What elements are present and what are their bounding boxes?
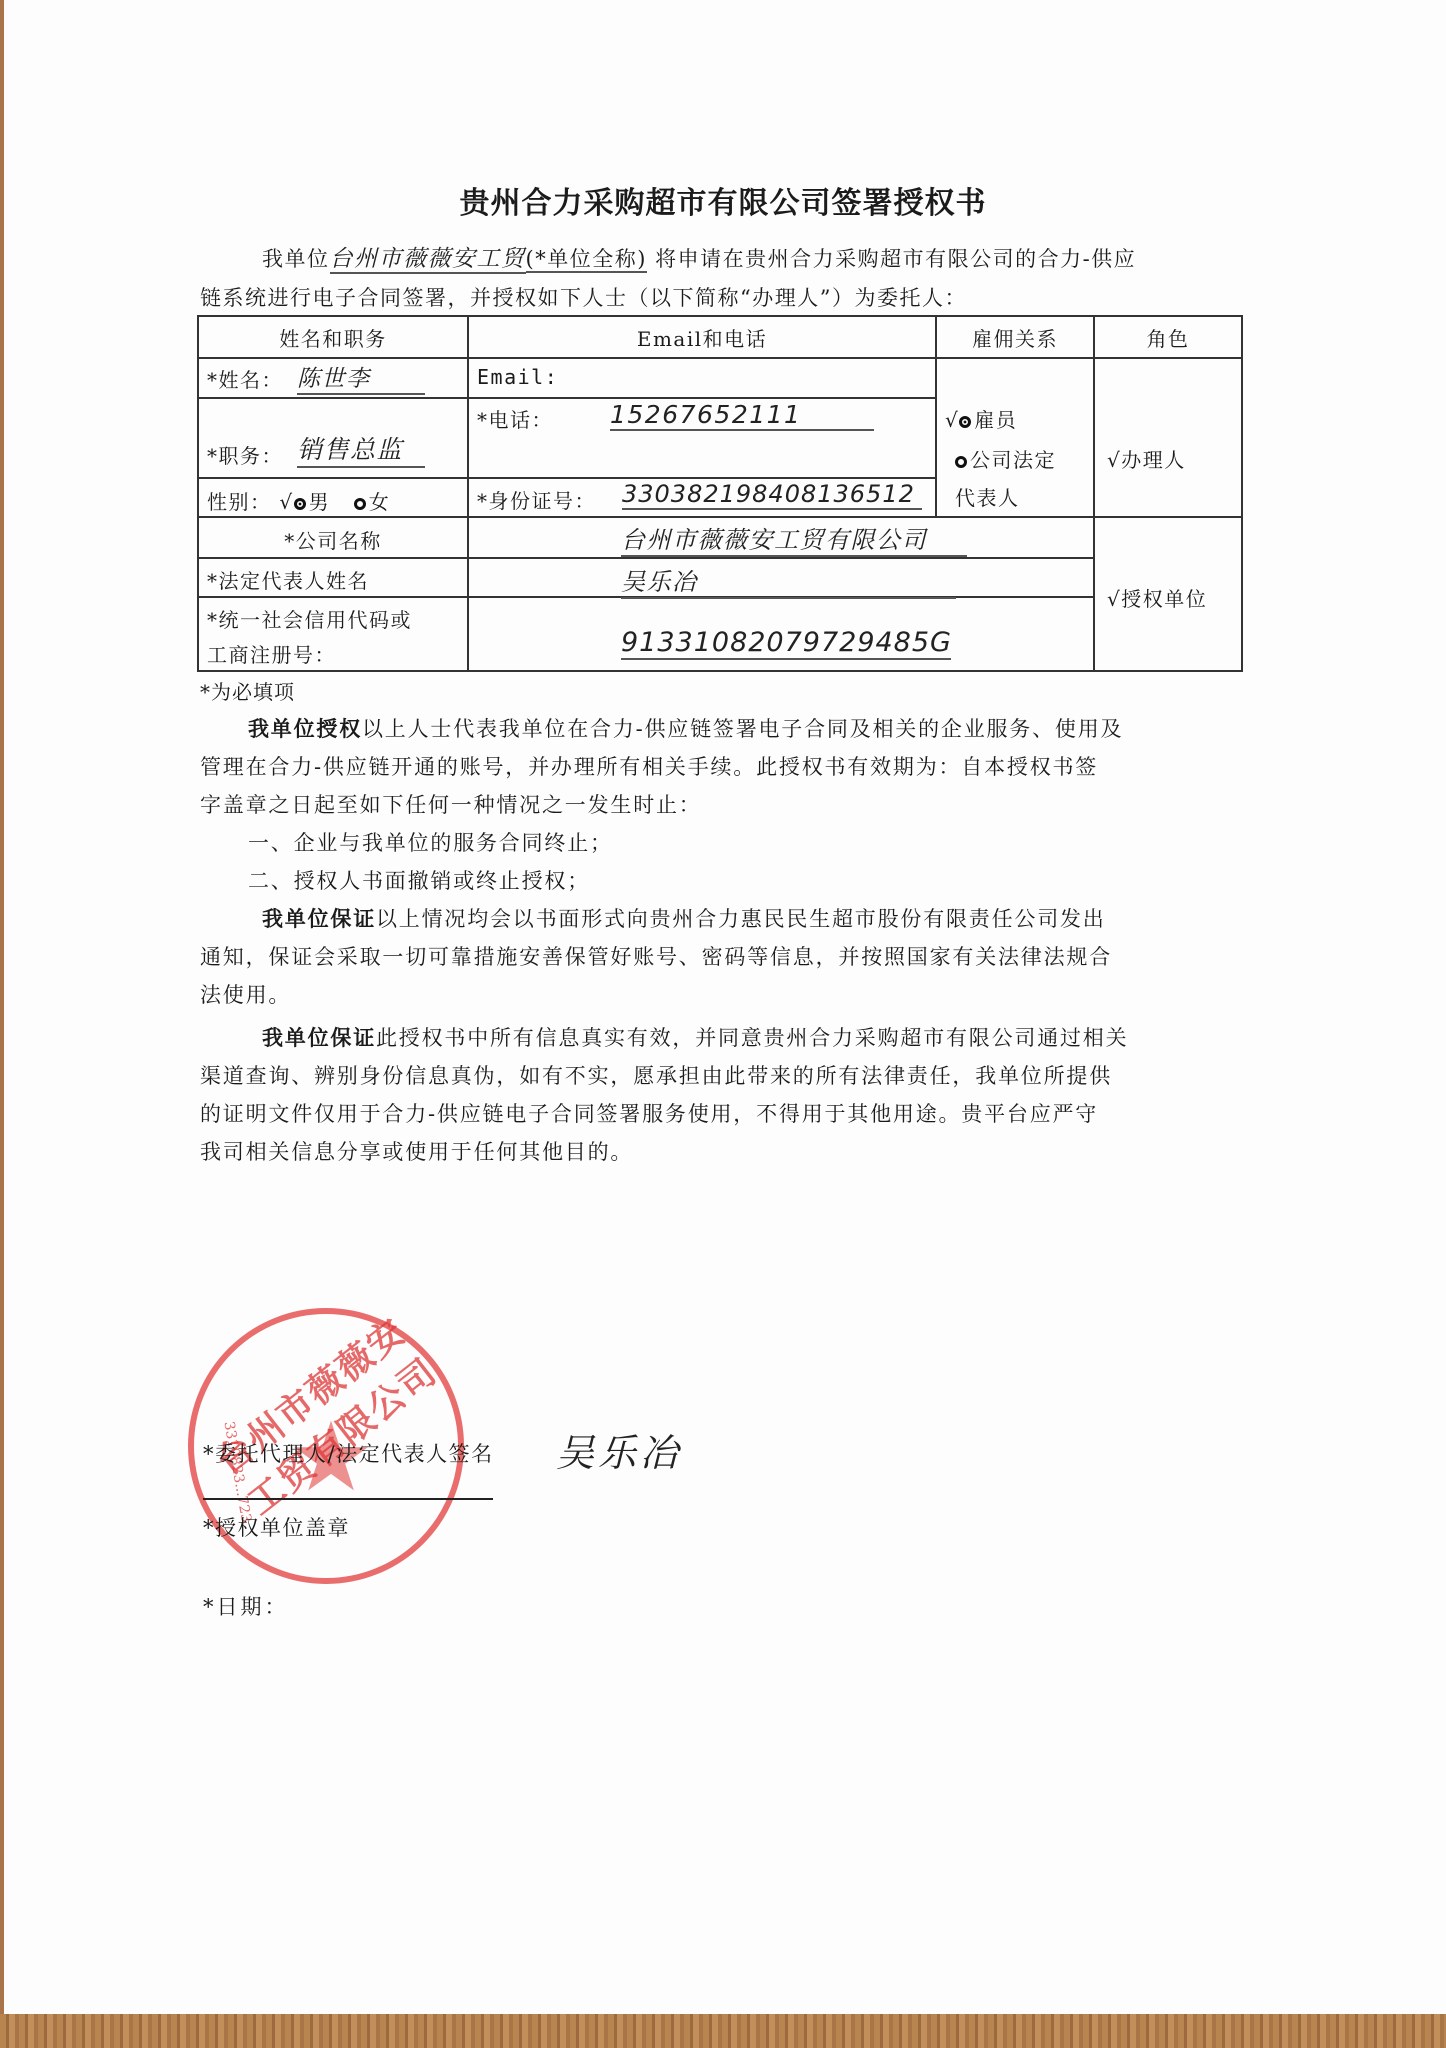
signer-signature[interactable]: 吴乐冶 bbox=[556, 1422, 682, 1477]
signature-line bbox=[203, 1498, 493, 1500]
date-field[interactable] bbox=[290, 1588, 490, 1618]
credit-code-field[interactable]: 91331082079729485G bbox=[621, 627, 951, 660]
list-item: 二、授权人书面撤销或终止授权； bbox=[200, 862, 1245, 900]
check-mark-icon: √ bbox=[945, 408, 959, 432]
intro-line-2: 链系统进行电子合同签署，并授权如下人士（以下简称“办理人”）为委托人： bbox=[200, 282, 967, 312]
employment-option-employee[interactable]: √雇员 bbox=[945, 404, 1017, 433]
intro-prefix: 我单位 bbox=[262, 247, 330, 271]
unit-name-field[interactable]: 台州市薇薇安工贸 bbox=[330, 246, 526, 274]
table-border bbox=[197, 516, 1243, 518]
header-name-position: 姓名和职务 bbox=[199, 323, 467, 352]
date-label: *日期： bbox=[203, 1591, 289, 1621]
authorization-paragraph: 我单位授权以上人士代表我单位在合力-供应链签署电子合同及相关的企业服务、使用及 … bbox=[200, 710, 1245, 1171]
company-name-field[interactable]: 台州市薇薇安工贸有限公司 bbox=[621, 520, 967, 557]
signer-label: *委托代理人/法定代表人签名 bbox=[203, 1438, 494, 1468]
list-item: 一、企业与我单位的服务合同终止； bbox=[200, 824, 1245, 862]
phone-label: *电话： bbox=[477, 404, 553, 433]
gender-option-female: 女 bbox=[369, 490, 391, 514]
header-email-phone: Email和电话 bbox=[469, 323, 935, 352]
table-border bbox=[197, 315, 199, 672]
header-role: 角色 bbox=[1095, 323, 1241, 352]
position-label: *职务： bbox=[207, 440, 283, 469]
id-number-label: *身份证号： bbox=[477, 485, 596, 514]
check-mark-icon: √ bbox=[279, 490, 293, 514]
credit-code-label-2: 工商注册号： bbox=[207, 639, 336, 668]
legal-rep-field[interactable]: 吴乐冶 bbox=[621, 562, 956, 599]
intro-line-1: 我单位台州市薇薇安工贸(*单位全称) 将申请在贵州合力采购超市有限公司的合力-供… bbox=[262, 240, 1136, 273]
employment-radio-legal-rep[interactable] bbox=[955, 456, 967, 468]
document-title: 贵州合力采购超市有限公司签署授权书 bbox=[0, 178, 1446, 222]
table-border bbox=[197, 670, 1243, 672]
table-border bbox=[1241, 315, 1243, 672]
table-border bbox=[1093, 315, 1095, 672]
legal-rep-label: *法定代表人姓名 bbox=[207, 565, 369, 594]
table-border bbox=[197, 557, 1093, 559]
company-name-label: *公司名称 bbox=[199, 525, 467, 554]
credit-code-label-1: *统一社会信用代码或 bbox=[207, 604, 412, 633]
header-employment: 雇佣关系 bbox=[937, 323, 1093, 352]
employment-option-legal-rep[interactable]: 公司法定 bbox=[955, 444, 1056, 473]
phone-field[interactable]: 15267652111 bbox=[610, 400, 874, 431]
id-number-field[interactable]: 330382198408136512 bbox=[622, 480, 922, 510]
gender-label: 性别： bbox=[207, 490, 272, 514]
name-label: *姓名： bbox=[207, 364, 283, 393]
table-border bbox=[467, 315, 469, 672]
gender-option-male: 男 bbox=[309, 490, 331, 514]
intro-line-1-rest: 将申请在贵州合力采购超市有限公司的合力-供应 bbox=[655, 247, 1136, 271]
employment-radio-employee[interactable] bbox=[959, 416, 971, 428]
table-border bbox=[197, 315, 1243, 317]
email-field[interactable] bbox=[560, 362, 920, 392]
role-authorizing-unit: √授权单位 bbox=[1107, 583, 1207, 612]
unit-hint: (*单位全称) bbox=[526, 247, 647, 273]
position-field[interactable]: 销售总监 bbox=[297, 430, 425, 468]
email-label: Email: bbox=[477, 365, 558, 389]
table-border bbox=[197, 357, 1243, 359]
table-border bbox=[197, 477, 937, 479]
gender-radio-female[interactable] bbox=[354, 498, 366, 510]
name-field[interactable]: 陈世李 bbox=[297, 360, 425, 395]
seal-label: *授权单位盖章 bbox=[203, 1512, 350, 1542]
role-agent: √办理人 bbox=[1107, 444, 1186, 473]
required-note: *为必填项 bbox=[200, 676, 295, 705]
gender-radio-male[interactable] bbox=[294, 498, 306, 510]
table-border bbox=[197, 397, 937, 399]
wooden-table-background bbox=[0, 2014, 1446, 2048]
employment-option-legal-rep-cont: 代表人 bbox=[955, 482, 1020, 511]
gender-field: 性别： √男 女 bbox=[207, 486, 390, 515]
